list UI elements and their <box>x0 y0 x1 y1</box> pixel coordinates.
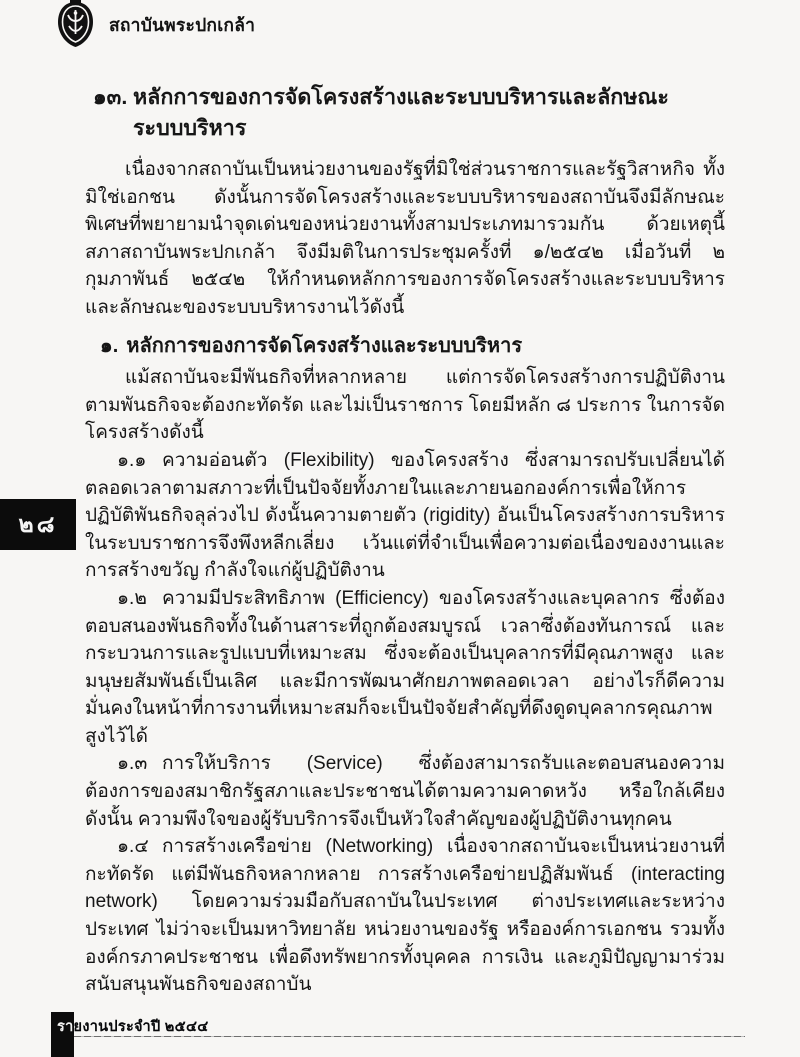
list-item-number: ๑.๓ <box>117 750 162 778</box>
main-heading-title: หลักการของการจัดโครงสร้างและระบบบริหารแล… <box>133 82 669 144</box>
list-item-text: การให้บริการ (Service) ซึ่งต้องสามารถรับ… <box>85 753 725 829</box>
subsection-heading: ๑.หลักการของการจัดโครงสร้างและระบบบริหาร <box>100 333 725 361</box>
main-heading-number: ๑๓. <box>93 82 133 144</box>
institute-name: สถาบันพระปกเกล้า <box>109 11 255 39</box>
list-item: ๑.๓การให้บริการ (Service) ซึ่งต้องสามารถ… <box>85 750 725 833</box>
main-heading: ๑๓. หลักการของการจัดโครงสร้างและระบบบริห… <box>93 82 725 144</box>
list-item-text: ความอ่อนตัว (Flexibility) ของโครงสร้าง ซ… <box>85 450 725 581</box>
subsection-lead-paragraph: แม้สถาบันจะมีพันธกิจที่หลากหลาย แต่การจั… <box>85 364 725 447</box>
list-item: ๑.๔การสร้างเครือข่าย (Networking) เนื่อง… <box>85 833 725 999</box>
subsection-title: หลักการของการจัดโครงสร้างและระบบบริหาร <box>126 335 522 357</box>
list-item-number: ๑.๒ <box>117 585 162 613</box>
subsection-number: ๑. <box>100 335 118 357</box>
document-page: { "header": { "org_name": "สถาบันพระปกเก… <box>0 0 800 1057</box>
list-item-text: ความมีประสิทธิภาพ (Efficiency) ของโครงสร… <box>85 588 725 747</box>
footer-report-title: รายงานประจำปี ๒๕๔๔ <box>57 1015 209 1038</box>
institute-emblem-icon <box>55 0 96 48</box>
page-header: สถาบันพระปกเกล้า <box>0 0 800 60</box>
list-item-number: ๑.๑ <box>117 447 162 475</box>
page-number-badge: ๒๘ <box>0 499 76 550</box>
list-item-text: การสร้างเครือข่าย (Networking) เนื่องจาก… <box>85 836 725 995</box>
list-item: ๑.๒ความมีประสิทธิภาพ (Efficiency) ของโคร… <box>85 585 725 751</box>
list-item-number: ๑.๔ <box>117 833 162 861</box>
document-body: ๑๓. หลักการของการจัดโครงสร้างและระบบบริห… <box>85 82 725 999</box>
intro-paragraph: เนื่องจากสถาบันเป็นหน่วยงานของรัฐที่มิใช… <box>85 156 725 322</box>
list-item: ๑.๑ความอ่อนตัว (Flexibility) ของโครงสร้า… <box>85 447 725 585</box>
